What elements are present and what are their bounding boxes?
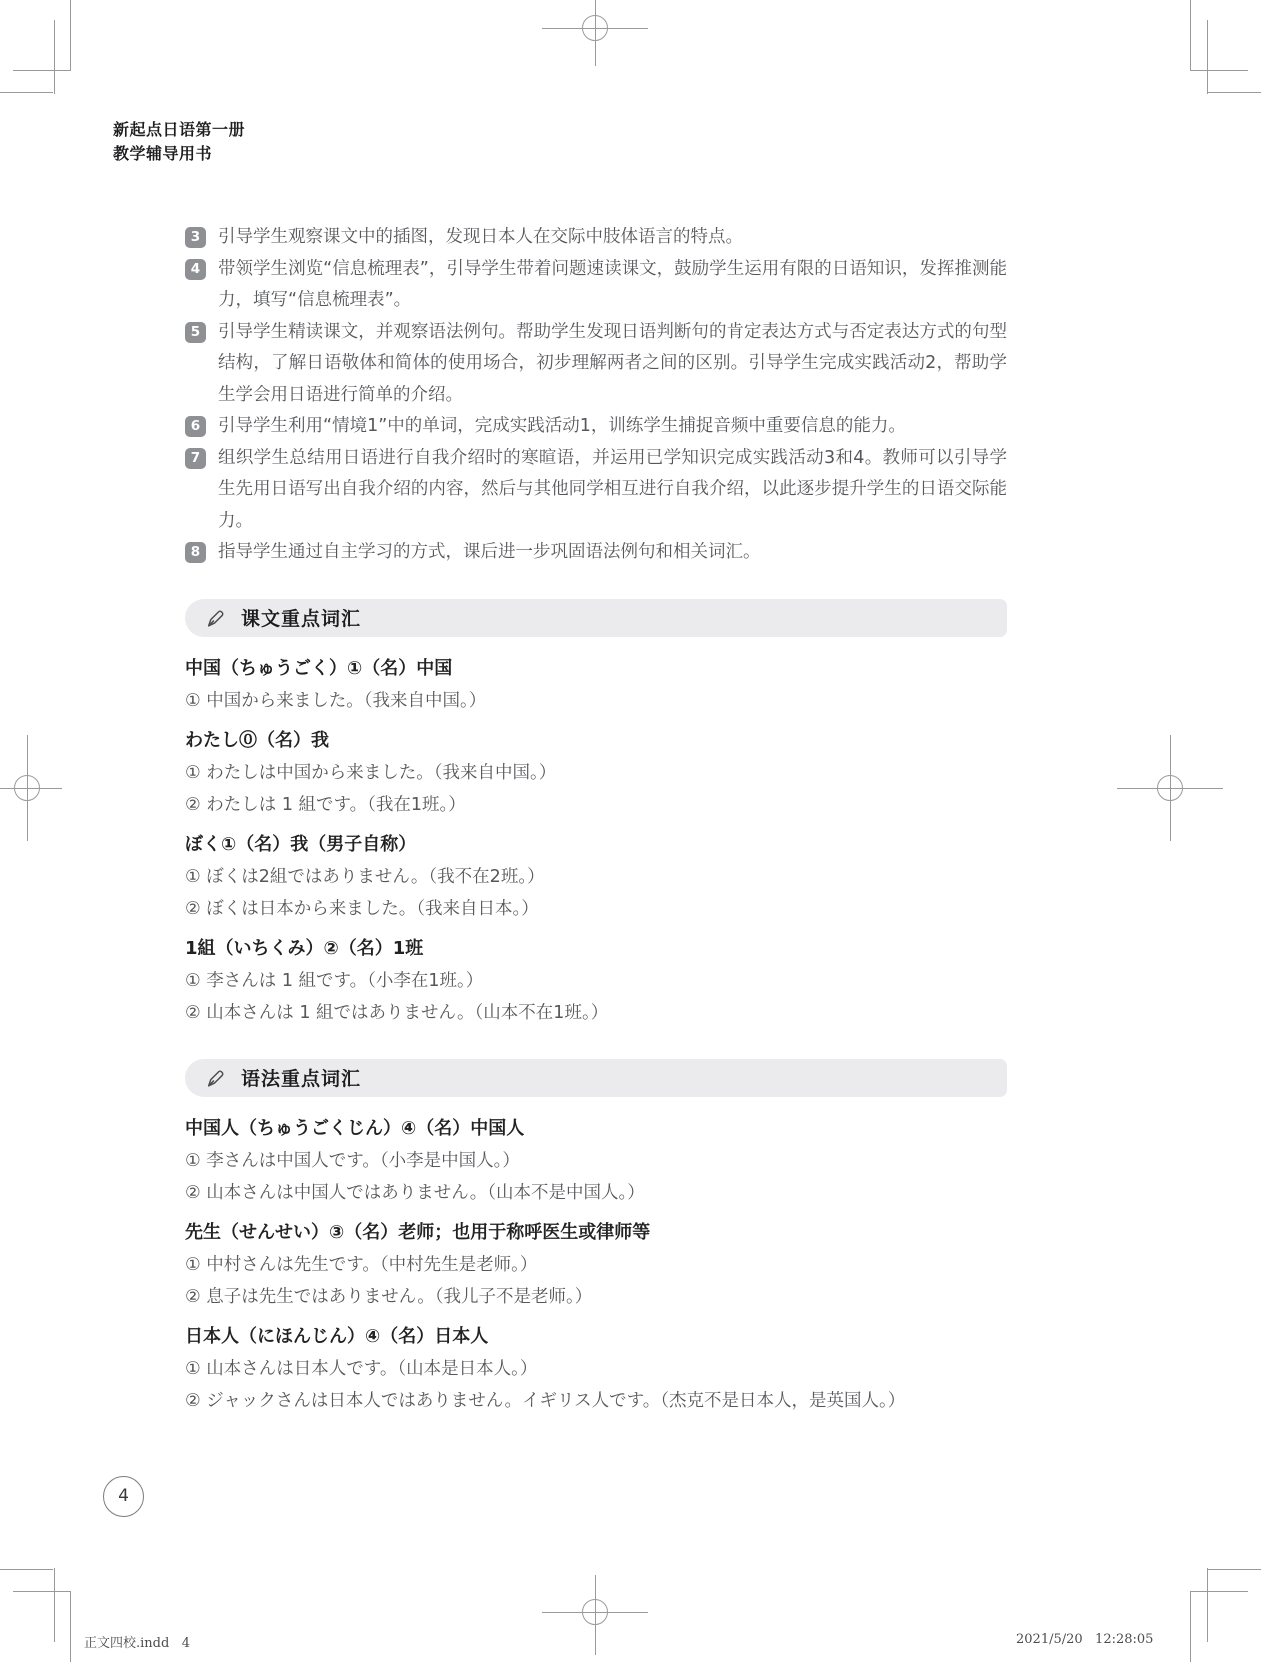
vocab-entry: 中国人（ちゅうごくじん）④（名）中国人 ① 李さんは中国人です。（小李是中国人。… [185, 1113, 1007, 1209]
vocab-example: ② ジャックさんは日本人ではありません。イギリス人です。（杰克不是日本人，是英国… [185, 1385, 1007, 1417]
vocab-headword: ぼく①（名）我（男子自称） [185, 829, 1007, 861]
section-header-text-vocab: 课文重点词汇 [185, 599, 1007, 637]
step-number-badge: 3 [185, 227, 206, 248]
vocab-example: ① 中村さんは先生です。（中村先生是老师。） [185, 1249, 1007, 1281]
footer-filename: 正文四校.indd 4 [84, 1632, 190, 1651]
step-number-badge: 4 [185, 259, 206, 280]
step-item: 7 组织学生总结用日语进行自我介绍时的寒暄语，并运用已学知识完成实践活动3和4。… [185, 443, 1007, 538]
step-text: 引导学生精读课文，并观察语法例句。帮助学生发现日语判断句的肯定表达方式与否定表达… [218, 317, 1007, 412]
step-item: 4 带领学生浏览“信息梳理表”，引导学生带着问题速读课文，鼓励学生运用有限的日语… [185, 254, 1007, 317]
registration-mark-icon [27, 735, 28, 841]
crop-mark [0, 1569, 53, 1570]
step-text: 引导学生观察课文中的插图，发现日本人在交际中肢体语言的特点。 [218, 222, 743, 254]
vocab-headword: 1組（いちくみ）②（名）1班 [185, 933, 1007, 965]
vocab-entry: 先生（せんせい）③（名）老师；也用于称呼医生或律师等 ① 中村さんは先生です。（… [185, 1217, 1007, 1313]
crop-mark [54, 20, 55, 94]
vocab-example: ② 息子は先生ではありません。（我儿子不是老师。） [185, 1281, 1007, 1313]
book-title: 新起点日语第一册 [113, 118, 245, 142]
step-number-badge: 8 [185, 542, 206, 563]
vocab-example: ② 山本さんは 1 組ではありません。（山本不在1班。） [185, 997, 1007, 1029]
crop-mark [70, 0, 71, 70]
vocab-entry: わたし⓪（名）我 ① わたしは中国から来ました。（我来自中国。） ② わたしは … [185, 725, 1007, 821]
step-text: 引导学生利用“情境1”中的单词，完成实践活动1，训练学生捕捉音频中重要信息的能力… [218, 411, 906, 443]
crop-mark [13, 70, 71, 71]
section-title: 语法重点词汇 [241, 1064, 361, 1091]
crop-mark [1190, 0, 1191, 70]
crop-mark [1208, 1569, 1261, 1570]
vocab-example: ① ぼくは2組ではありません。（我不在2班。） [185, 861, 1007, 893]
pen-nib-icon [205, 1067, 227, 1089]
crop-mark [1190, 1591, 1248, 1592]
vocab-headword: 日本人（にほんじん）④（名）日本人 [185, 1321, 1007, 1353]
running-head: 新起点日语第一册 教学辅导用书 [113, 118, 245, 166]
step-text: 组织学生总结用日语进行自我介绍时的寒暄语，并运用已学知识完成实践活动3和4。教师… [218, 443, 1007, 538]
vocab-headword: 中国人（ちゅうごくじん）④（名）中国人 [185, 1113, 1007, 1145]
crop-mark [1190, 70, 1248, 71]
vocab-entry: ぼく①（名）我（男子自称） ① ぼくは2組ではありません。（我不在2班。） ② … [185, 829, 1007, 925]
registration-mark-icon [0, 788, 62, 789]
page-number-badge: 4 [103, 1476, 144, 1517]
vocab-entry: 日本人（にほんじん）④（名）日本人 ① 山本さんは日本人です。（山本是日本人。）… [185, 1321, 1007, 1417]
step-item: 8 指导学生通过自主学习的方式，课后进一步巩固语法例句和相关词汇。 [185, 537, 1007, 569]
step-item: 3 引导学生观察课文中的插图，发现日本人在交际中肢体语言的特点。 [185, 222, 1007, 254]
crop-mark [1190, 1592, 1191, 1662]
vocab-example: ① 山本さんは日本人です。（山本是日本人。） [185, 1353, 1007, 1385]
crop-mark [13, 1591, 71, 1592]
section-title: 课文重点词汇 [241, 604, 361, 631]
crop-mark [70, 1592, 71, 1662]
crop-mark [1207, 20, 1208, 94]
step-text: 指导学生通过自主学习的方式，课后进一步巩固语法例句和相关词汇。 [218, 537, 761, 569]
vocab-example: ① 李さんは中国人です。（小李是中国人。） [185, 1145, 1007, 1177]
vocab-example: ① わたしは中国から来ました。（我来自中国。） [185, 757, 1007, 789]
crop-mark [1207, 1568, 1208, 1642]
vocab-entry: 中国（ちゅうごく）①（名）中国 ① 中国から来ました。（我来自中国。） [185, 653, 1007, 717]
vocab-example: ② ぼくは日本から来ました。（我来自日本。） [185, 893, 1007, 925]
footer-timestamp: 2021/5/20 12:28:05 [1016, 1632, 1153, 1647]
book-subtitle: 教学辅导用书 [113, 142, 245, 166]
step-number-badge: 7 [185, 448, 206, 469]
vocab-example: ① 中国から来ました。（我来自中国。） [185, 685, 1007, 717]
vocab-entry: 1組（いちくみ）②（名）1班 ① 李さんは 1 組です。（小李在1班。） ② 山… [185, 933, 1007, 1029]
vocab-headword: 先生（せんせい）③（名）老师；也用于称呼医生或律师等 [185, 1217, 1007, 1249]
vocab-headword: 中国（ちゅうごく）①（名）中国 [185, 653, 1007, 685]
registration-mark-icon [1170, 735, 1171, 841]
vocab-example: ① 李さんは 1 組です。（小李在1班。） [185, 965, 1007, 997]
step-item: 5 引导学生精读课文，并观察语法例句。帮助学生发现日语判断句的肯定表达方式与否定… [185, 317, 1007, 412]
pen-nib-icon [205, 607, 227, 629]
crop-mark [54, 1568, 55, 1642]
registration-mark-icon [595, 1575, 596, 1655]
page-body: 3 引导学生观察课文中的插图，发现日本人在交际中肢体语言的特点。 4 带领学生浏… [185, 222, 1007, 1417]
step-number-badge: 5 [185, 322, 206, 343]
step-text: 带领学生浏览“信息梳理表”，引导学生带着问题速读课文，鼓励学生运用有限的日语知识… [218, 254, 1007, 317]
step-number-badge: 6 [185, 416, 206, 437]
crop-mark [1208, 92, 1261, 93]
registration-mark-icon [595, 0, 596, 66]
vocab-example: ② わたしは 1 組です。（我在1班。） [185, 789, 1007, 821]
vocab-headword: わたし⓪（名）我 [185, 725, 1007, 757]
crop-mark [0, 92, 53, 93]
step-item: 6 引导学生利用“情境1”中的单词，完成实践活动1，训练学生捕捉音频中重要信息的… [185, 411, 1007, 443]
section-header-grammar-vocab: 语法重点词汇 [185, 1059, 1007, 1097]
vocab-example: ② 山本さんは中国人ではありません。（山本不是中国人。） [185, 1177, 1007, 1209]
